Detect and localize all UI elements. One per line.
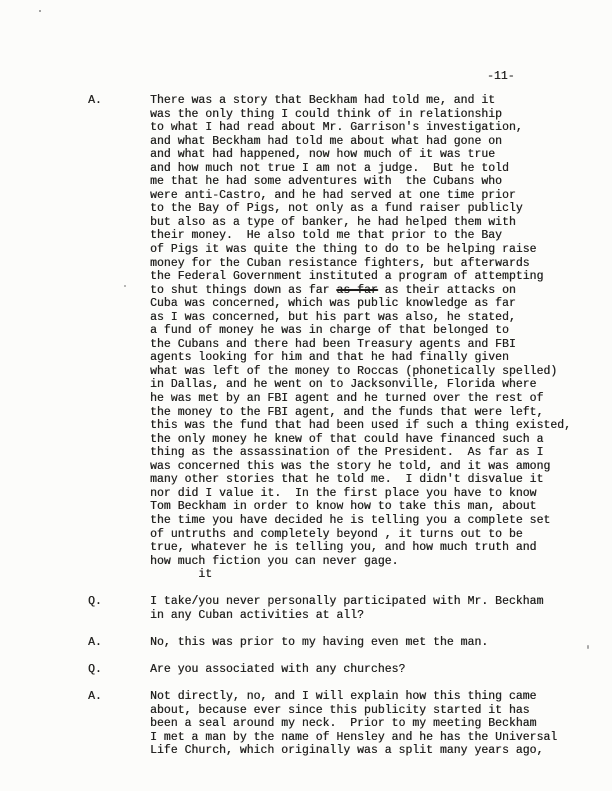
transcript-line: many other stories that he told me. I di… xyxy=(150,473,571,487)
qa-text: I take/you never personally participated… xyxy=(150,595,543,622)
transcript-line: the time you have decided he is telling … xyxy=(150,514,571,528)
transcript-line: but also as a type of banker, he had hel… xyxy=(150,216,571,230)
transcript-line: the Federal Government instituted a prog… xyxy=(150,270,571,284)
transcript-line: he was met by an FBI agent and he turned… xyxy=(150,392,571,406)
transcript-line: Cuba was concerned, which was public kno… xyxy=(150,297,571,311)
transcript-line: There was a story that Beckham had told … xyxy=(150,94,571,108)
transcript-line: I take/you never personally participated… xyxy=(150,595,543,609)
transcript-line: thing as the assassination of the Presid… xyxy=(150,446,571,460)
transcript-line: Life Church, which originally was a spli… xyxy=(150,744,557,758)
transcript-line: and what Beckham had told me about what … xyxy=(150,135,571,149)
transcript-line: to shut things down as far as far as the… xyxy=(150,284,571,298)
scan-speck xyxy=(587,645,589,649)
transcript-line: how much fiction you can never gage. xyxy=(150,555,571,569)
transcript-line: the only money he knew of that could hav… xyxy=(150,433,571,447)
transcript-line: Tom Beckham in order to know how to take… xyxy=(150,500,571,514)
speaker-label: A. xyxy=(88,690,150,758)
transcript-line: to the Bay of Pigs, not only as a fund r… xyxy=(150,202,571,216)
qa-block: A.No, this was prior to my having even m… xyxy=(88,636,571,650)
transcript-line: money for the Cuban resistance fighters,… xyxy=(150,257,571,271)
scan-speck xyxy=(39,10,41,12)
transcript-line: what was left of the money to Roccas (ph… xyxy=(150,365,571,379)
text-segment: as their attacks on xyxy=(378,284,516,297)
transcript: A.There was a story that Beckham had tol… xyxy=(88,94,571,758)
transcript-line: of Pigs it was quite the thing to do to … xyxy=(150,243,571,257)
transcript-line: was the only thing I could think of in r… xyxy=(150,108,571,122)
transcript-line: about, because ever since this publicity… xyxy=(150,704,557,718)
transcript-line: as I was concerned, but his part was als… xyxy=(150,311,571,325)
qa-block: Q.Are you associated with any churches? xyxy=(88,663,571,677)
transcript-line: nor did I value it. In the first place y… xyxy=(150,487,571,501)
transcript-line: were anti-Castro, and he had served at o… xyxy=(150,189,571,203)
transcript-line: me that he had some adventures with the … xyxy=(150,175,571,189)
page-number: -11- xyxy=(487,70,515,84)
transcript-line: of untruths and completely beyond , it t… xyxy=(150,528,571,542)
transcript-line: and how much not true I am not a judge. … xyxy=(150,162,571,176)
qa-text: Are you associated with any churches? xyxy=(150,663,405,677)
speaker-label: A. xyxy=(88,636,150,650)
qa-block: A.Not directly, no, and I will explain h… xyxy=(88,690,571,758)
qa-text: Not directly, no, and I will explain how… xyxy=(150,690,557,758)
transcript-line: No, this was prior to my having even met… xyxy=(150,636,488,650)
qa-text: There was a story that Beckham had told … xyxy=(150,94,571,582)
transcript-line: it xyxy=(150,568,571,582)
transcript-line: their money. He also told me that prior … xyxy=(150,229,571,243)
transcript-line: true, whatever he is telling you, and ho… xyxy=(150,541,571,555)
transcript-line: and what had happened, now how much of i… xyxy=(150,148,571,162)
text-segment: to shut things down as far xyxy=(150,284,336,297)
document-page: -11- A.There was a story that Beckham ha… xyxy=(0,0,612,791)
speaker-label: Q. xyxy=(88,595,150,622)
struck-text: as far xyxy=(336,284,377,297)
transcript-line: to what I had read about Mr. Garrison's … xyxy=(150,121,571,135)
transcript-line: this was the fund that had been used if … xyxy=(150,419,571,433)
transcript-line: in Dallas, and he went on to Jacksonvill… xyxy=(150,378,571,392)
speaker-label: Q. xyxy=(88,663,150,677)
qa-block: Q.I take/you never personally participat… xyxy=(88,595,571,622)
transcript-line: in any Cuban activities at all? xyxy=(150,609,543,623)
transcript-line: Not directly, no, and I will explain how… xyxy=(150,690,557,704)
speaker-label: A. xyxy=(88,94,150,582)
transcript-line: the money to the FBI agent, and the fund… xyxy=(150,406,571,420)
transcript-line: been a seal around my neck. Prior to my … xyxy=(150,717,557,731)
transcript-line: I met a man by the name of Hensley and h… xyxy=(150,731,557,745)
transcript-line: a fund of money he was in charge of that… xyxy=(150,324,571,338)
transcript-line: Are you associated with any churches? xyxy=(150,663,405,677)
qa-block: A.There was a story that Beckham had tol… xyxy=(88,94,571,582)
transcript-line: the Cubans and there had been Treasury a… xyxy=(150,338,571,352)
qa-text: No, this was prior to my having even met… xyxy=(150,636,488,650)
transcript-line: agents looking for him and that he had f… xyxy=(150,351,571,365)
transcript-line: was concerned this was the story he told… xyxy=(150,460,571,474)
